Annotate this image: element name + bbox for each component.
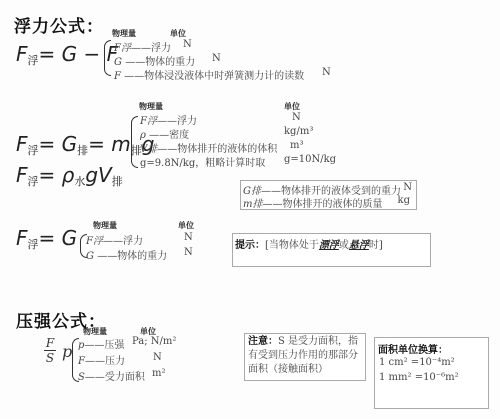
variable-row: G ——物体的重力 (114, 53, 195, 68)
variable-row: F浮——浮力 (86, 232, 143, 247)
unit-value: N (322, 67, 331, 78)
variable-row: F浮——浮力 (114, 39, 171, 54)
buoyancy-heading: 浮力公式： (14, 12, 104, 37)
unit-value: N (212, 53, 221, 64)
hint-box: 提示：[当物体处于漂浮或悬浮时] (232, 233, 431, 267)
pressure-fraction: F S (44, 336, 56, 365)
area-conversion-box: 面积单位换算： 1 cm² =10⁻⁴m² 1 mm² =10⁻⁶m² (374, 337, 489, 409)
conversion-line: 1 mm² =10⁻⁶m² (379, 372, 459, 383)
unit-value: N (184, 232, 193, 243)
column-header-unit: 单位 (178, 220, 194, 231)
column-header-quantity: 物理量 (139, 101, 163, 112)
unit-value: kg (398, 195, 410, 206)
brace (104, 40, 111, 76)
variable-row: G ——物体的重力 (86, 247, 167, 262)
hint-label: 提示： (235, 240, 265, 251)
variable-row: F——压力 (78, 352, 125, 367)
displaced-liquid-note: G排——物体排开的液体受到的重力 N m排——物体排开的液体的质量 kg (240, 180, 417, 210)
variable-row: g=9.8N/kg，粗略计算时取 (140, 154, 265, 169)
conversion-line: 1 cm² =10⁻⁴m² (379, 357, 455, 368)
brace (131, 116, 138, 168)
unit-value: g=10N/kg (284, 154, 336, 165)
unit-value: N (292, 112, 301, 123)
variable-row: p——压强 (78, 336, 124, 351)
pressure-note-box: 注意：S 是受力面积，指有受到压力作用的那部分面积（接触面积） (244, 333, 366, 381)
column-header-quantity: 物理量 (112, 28, 136, 39)
unit-value: N (183, 39, 192, 50)
column-header-unit: 单位 (284, 101, 300, 112)
variable-row: S——受力面积 (78, 368, 145, 383)
unit-value: N (184, 247, 193, 258)
variable-row: F ——物体浸没液体中时弹簧测力计的读数 (114, 67, 304, 82)
variable-row: ρ ——密度 (140, 126, 189, 141)
formula-archimedes-density: F浮= ρ水gV排 (16, 163, 123, 187)
formula-buoyancy-difference: F浮= G − F (16, 42, 118, 66)
unit-value: Pa; N/m² (132, 336, 176, 347)
unit-value: m³ (290, 140, 304, 151)
column-header-unit: 单位 (170, 28, 186, 39)
variable-row: V排——物体排开的液体的体积 (140, 140, 277, 155)
unit-value: N (153, 352, 162, 363)
formula-floating: F浮= G (16, 226, 77, 250)
pressure-symbol: p (62, 342, 72, 361)
unit-value: m² (152, 368, 166, 379)
note-label: 注意： (248, 336, 278, 347)
variable-row: m排——物体排开的液体的质量 (243, 195, 382, 210)
column-header-quantity: 物理量 (93, 220, 117, 231)
conversion-title: 面积单位换算： (378, 341, 448, 356)
unit-value: N (403, 182, 412, 193)
variable-row: F浮——浮力 (140, 112, 197, 127)
unit-value: kg/m³ (284, 126, 313, 137)
